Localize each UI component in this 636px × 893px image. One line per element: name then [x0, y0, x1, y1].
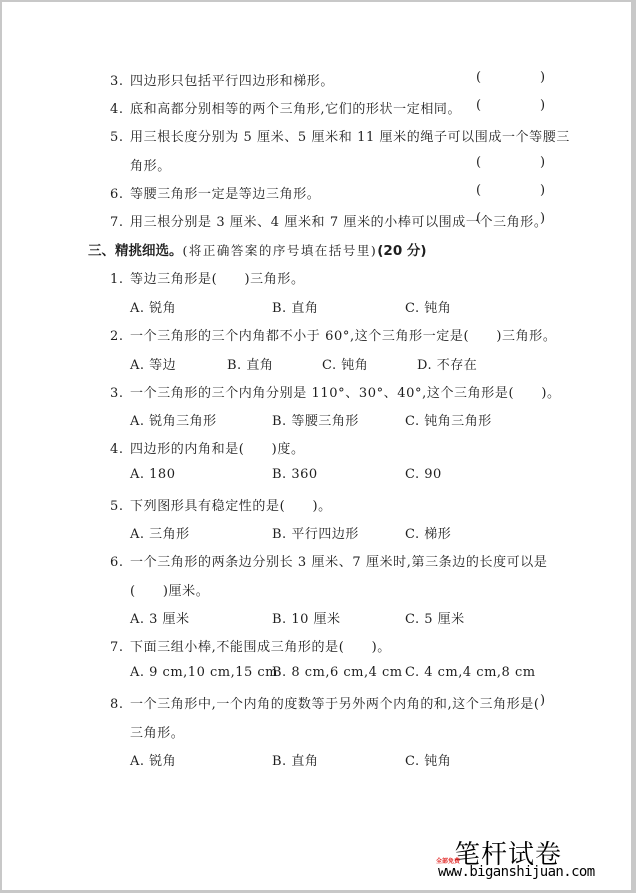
option-a[interactable]: A. 锐角三角形 [130, 410, 217, 429]
choice-item-4: 4.四边形的内角和是( )度。 [110, 438, 305, 457]
item-text: 一个三角形的两条边分别长 3 厘米、7 厘米时,第三条边的长度可以是 [130, 555, 547, 570]
section-3-title: 三、精挑细选。(将正确答案的序号填在括号里)(20 分) [88, 239, 427, 259]
item-number: 5. [110, 499, 130, 514]
option-a[interactable]: A. 三角形 [130, 523, 190, 542]
option-c[interactable]: C. 梯形 [405, 523, 451, 542]
option-c[interactable]: C. 90 [405, 467, 442, 482]
choice-item-1: 1.等边三角形是( )三角形。 [110, 268, 305, 287]
choice-item-8-continued: 三角形。 [130, 722, 184, 741]
item-number: 6. [110, 555, 130, 570]
item-number: 7. [110, 215, 130, 230]
item-number: 2. [110, 329, 130, 344]
judgement-item-3: 3.四边形只包括平行四边形和梯形。 [110, 70, 334, 89]
item-text: 四边形只包括平行四边形和梯形。 [130, 74, 334, 89]
item-text: 等边三角形是( )三角形。 [130, 272, 305, 287]
option-a[interactable]: A. 锐角 [130, 297, 176, 316]
option-b[interactable]: B. 360 [272, 467, 318, 482]
item-text: 等腰三角形一定是等边三角形。 [130, 187, 320, 202]
option-c[interactable]: C. 钝角 [322, 354, 368, 373]
item-text: 底和高都分别相等的两个三角形,它们的形状一定相同。 [130, 102, 461, 117]
option-c[interactable]: C. 钝角 [405, 297, 451, 316]
choice-item-3: 3.一个三角形的三个内角分别是 110°、30°、40°,这个三角形是( )。 [110, 382, 561, 401]
option-b[interactable]: B. 直角 [272, 297, 318, 316]
judgement-item-4: 4.底和高都分别相等的两个三角形,它们的形状一定相同。 [110, 98, 461, 117]
choice-item-6: 6.一个三角形的两条边分别长 3 厘米、7 厘米时,第三条边的长度可以是 [110, 551, 547, 570]
exam-page: 3.四边形只包括平行四边形和梯形。 () 4.底和高都分别相等的两个三角形,它们… [2, 2, 631, 890]
option-a[interactable]: A. 3 厘米 [130, 608, 190, 627]
section-instruction: (将正确答案的序号填在括号里) [183, 243, 378, 258]
option-b[interactable]: B. 直角 [272, 750, 318, 769]
option-d[interactable]: D. 不存在 [417, 354, 477, 373]
item-text-continued: 角形。 [130, 159, 171, 174]
item-text: 用三根分别是 3 厘米、4 厘米和 7 厘米的小棒可以围成一个三角形。 [130, 215, 547, 230]
item-number: 3. [110, 386, 130, 401]
option-b[interactable]: B. 平行四边形 [272, 523, 359, 542]
section-score: (20 分) [377, 243, 426, 259]
item-text: 四边形的内角和是( )度。 [130, 442, 305, 457]
choice-item-6-continued: ( )厘米。 [130, 580, 209, 599]
item-number: 5. [110, 130, 130, 145]
option-c[interactable]: C. 5 厘米 [405, 608, 465, 627]
paren-close: ) [540, 693, 546, 708]
site-watermark: 笔杆试卷 全部免费 www.biganshijuan.com [434, 834, 614, 886]
choice-item-7: 7.下面三组小棒,不能围成三角形的是( )。 [110, 636, 391, 655]
watermark-url: www.biganshijuan.com [438, 864, 595, 880]
option-b[interactable]: B. 8 cm,6 cm,4 cm [272, 665, 403, 680]
judgement-item-7: 7.用三根分别是 3 厘米、4 厘米和 7 厘米的小棒可以围成一个三角形。 [110, 211, 547, 230]
item-number: 7. [110, 640, 130, 655]
option-b[interactable]: B. 10 厘米 [272, 608, 341, 627]
choice-item-2: 2.一个三角形的三个内角都不小于 60°,这个三角形一定是( )三角形。 [110, 325, 556, 344]
option-c[interactable]: C. 4 cm,4 cm,8 cm [405, 665, 536, 680]
section-heading: 三、精挑细选。 [88, 243, 183, 259]
item-text-continued: 三角形。 [130, 726, 184, 741]
judgement-item-6: 6.等腰三角形一定是等边三角形。 [110, 183, 320, 202]
item-text: 一个三角形中,一个内角的度数等于另外两个内角的和,这个三角形是( [130, 697, 540, 712]
item-number: 8. [110, 697, 130, 712]
item-text: 下列图形具有稳定性的是( )。 [130, 499, 332, 514]
item-text-continued: ( )厘米。 [130, 584, 209, 599]
item-number: 4. [110, 102, 130, 117]
item-number: 1. [110, 272, 130, 287]
option-a[interactable]: A. 9 cm,10 cm,15 cm [130, 665, 278, 680]
item-text: 下面三组小棒,不能围成三角形的是( )。 [130, 640, 391, 655]
judgement-item-5-continued: 角形。 [130, 155, 171, 174]
option-b[interactable]: B. 等腰三角形 [272, 410, 359, 429]
item-text: 一个三角形的三个内角都不小于 60°,这个三角形一定是( )三角形。 [130, 329, 556, 344]
option-c[interactable]: C. 钝角 [405, 750, 451, 769]
judgement-item-5: 5.用三根长度分别为 5 厘米、5 厘米和 11 厘米的绳子可以围成一个等腰三 [110, 126, 570, 145]
option-c[interactable]: C. 钝角三角形 [405, 410, 492, 429]
item-text: 一个三角形的三个内角分别是 110°、30°、40°,这个三角形是( )。 [130, 386, 561, 401]
choice-item-8: 8.一个三角形中,一个内角的度数等于另外两个内角的和,这个三角形是( [110, 693, 540, 712]
item-number: 3. [110, 74, 130, 89]
option-b[interactable]: B. 直角 [227, 354, 273, 373]
item-number: 6. [110, 187, 130, 202]
option-a[interactable]: A. 等边 [130, 354, 176, 373]
option-a[interactable]: A. 锐角 [130, 750, 176, 769]
item-number: 4. [110, 442, 130, 457]
option-a[interactable]: A. 180 [130, 467, 175, 482]
choice-item-5: 5.下列图形具有稳定性的是( )。 [110, 495, 332, 514]
item-text: 用三根长度分别为 5 厘米、5 厘米和 11 厘米的绳子可以围成一个等腰三 [130, 130, 570, 145]
